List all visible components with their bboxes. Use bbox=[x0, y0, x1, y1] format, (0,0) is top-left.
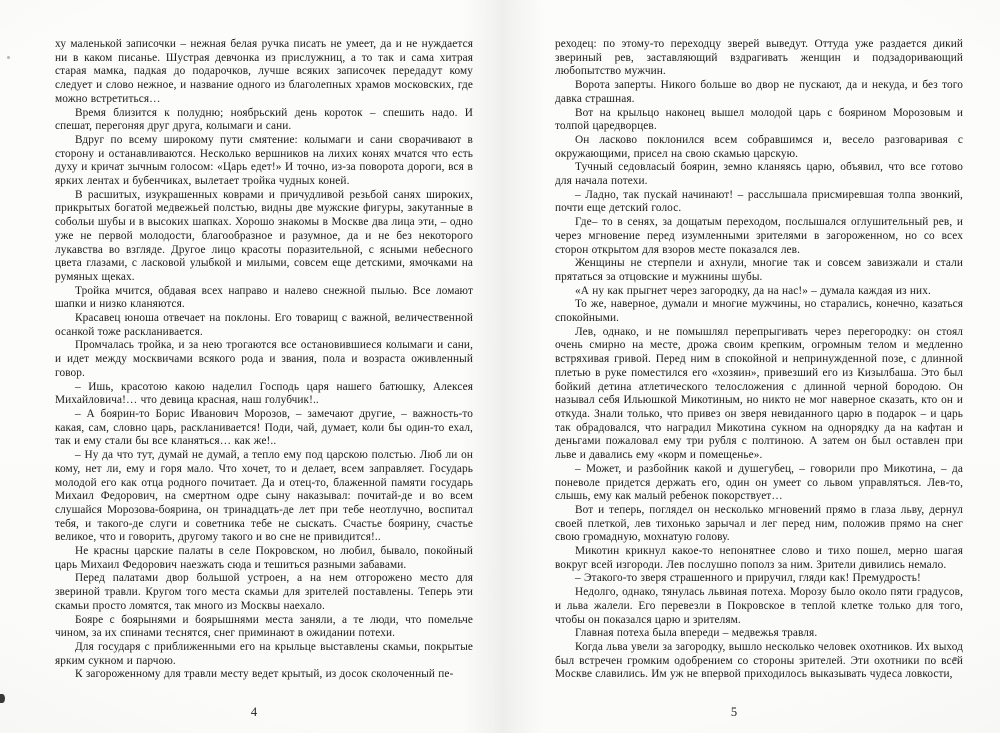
book-spread: ху маленькой записочки – нежная белая ру… bbox=[0, 0, 1000, 733]
left-page: ху маленькой записочки – нежная белая ру… bbox=[55, 38, 473, 682]
paragraph: – Ладно, так пускай начинают! – расслыша… bbox=[555, 189, 963, 216]
paragraph: В расшитых, изукрашенных коврами и причу… bbox=[55, 189, 473, 285]
paragraph: К загороженному для травли месту ведет к… bbox=[55, 668, 473, 682]
page-gutter-shadow bbox=[462, 0, 544, 733]
paragraph: Не красны царские палаты в селе Покровск… bbox=[55, 545, 473, 572]
paragraph: Вдруг по всему широкому пути смятение: к… bbox=[55, 134, 473, 189]
right-page: реходец: по этому-то переходцу зверей вы… bbox=[555, 38, 963, 682]
paragraph: Для государя с приближенными его на крыл… bbox=[55, 641, 473, 668]
paragraph: – Может, и разбойник какой и душегубец, … bbox=[555, 463, 963, 504]
paragraph: ху маленькой записочки – нежная белая ру… bbox=[55, 38, 473, 107]
paragraph: Время близится к полудню; ноябрьский ден… bbox=[55, 107, 473, 134]
paragraph: реходец: по этому-то переходцу зверей вы… bbox=[555, 38, 963, 79]
paragraph: – Ишь, красотою какою наделил Господь ца… bbox=[55, 381, 473, 408]
paragraph: – Этакого-то зверя страшенного и приручи… bbox=[555, 572, 963, 586]
paragraph: Красавец юноша отвечает на поклоны. Его … bbox=[55, 312, 473, 339]
scan-speck bbox=[953, 657, 957, 660]
paragraph: Ворота заперты. Никого больше во двор не… bbox=[555, 79, 963, 106]
left-page-text: ху маленькой записочки – нежная белая ру… bbox=[55, 38, 473, 682]
paragraph: – Ну да что тут, думай не думай, а тепло… bbox=[55, 449, 473, 545]
right-page-number: 5 bbox=[530, 705, 938, 720]
left-page-number: 4 bbox=[45, 705, 463, 720]
paragraph: Вот и теперь, поглядел он несколько мгно… bbox=[555, 504, 963, 545]
right-page-text: реходец: по этому-то переходцу зверей вы… bbox=[555, 38, 963, 682]
paragraph: – А боярин-то Борис Иванович Морозов, – … bbox=[55, 408, 473, 449]
paragraph: Главная потеха была впереди – медвежья т… bbox=[555, 627, 963, 641]
paragraph: «А ну как прыгнет через загородку, да на… bbox=[555, 285, 963, 299]
paragraph: То же, наверное, думали и многие мужчины… bbox=[555, 298, 963, 325]
paragraph: Тройка мчится, обдавая всех направо и на… bbox=[55, 285, 473, 312]
paragraph: Вот на крыльцо наконец вышел молодой цар… bbox=[555, 107, 963, 134]
paragraph: Недолго, однако, тянулась львиная потеха… bbox=[555, 586, 963, 627]
paragraph: Где– то в сенях, за дощатым переходом, п… bbox=[555, 216, 963, 257]
paragraph: Когда льва увели за загородку, вышло нес… bbox=[555, 641, 963, 682]
paragraph: Он ласково поклонился всем собравшимся и… bbox=[555, 134, 963, 161]
paragraph: Промчалась тройка, и за нею трогаются вс… bbox=[55, 339, 473, 380]
paragraph: Тучный седовласый боярин, земно кланяясь… bbox=[555, 161, 963, 188]
paragraph: Микотин крикнул какое-то непонятнее слов… bbox=[555, 545, 963, 572]
paragraph: Женщины не стерпели и ахнули, многие так… bbox=[555, 257, 963, 284]
paragraph: Бояре с боярынями и боярышнями места зан… bbox=[55, 614, 473, 641]
scan-speck bbox=[7, 56, 10, 59]
scan-edge-mark bbox=[0, 694, 5, 703]
paragraph: Лев, однако, и не помышлял перепрыгивать… bbox=[555, 326, 963, 463]
paragraph: Перед палатами двор большой устроен, а н… bbox=[55, 572, 473, 613]
